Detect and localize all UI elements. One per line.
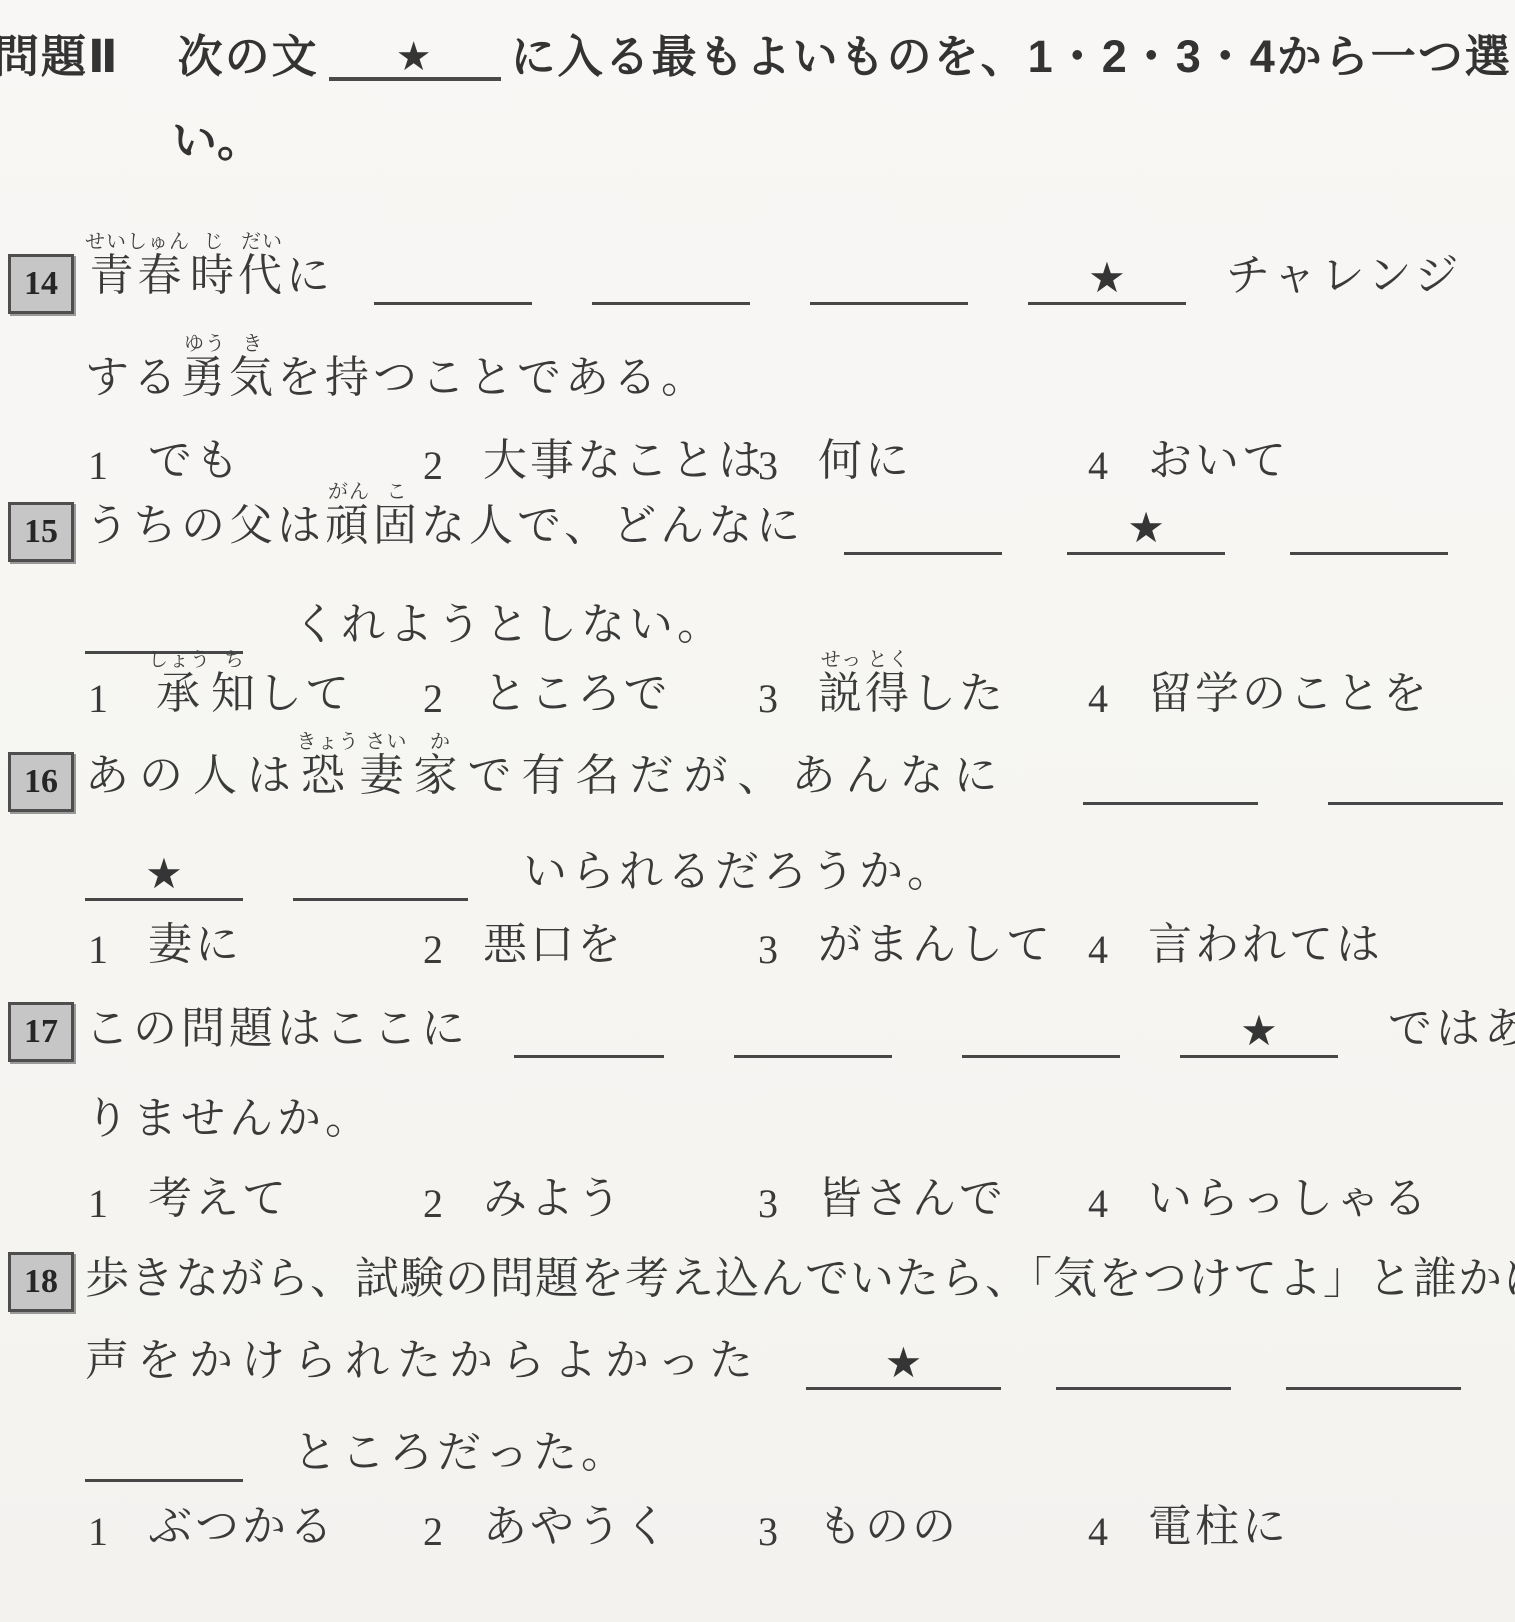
option-number: 2 <box>423 1180 443 1227</box>
scanned-test-page: 問題Ⅱ 次の文 ★ に入る最もよいものを、1・2・3・4から一つ選びなさ い。 … <box>0 0 1515 1622</box>
answer-blank <box>514 1005 664 1058</box>
answer-blank <box>592 252 750 305</box>
answer-blank-star: ★ <box>1028 252 1186 305</box>
option-label: がまんして <box>818 916 1053 973</box>
option-number: 1 <box>88 1508 108 1555</box>
answer-blank <box>85 1429 243 1482</box>
answer-blank <box>844 502 1002 555</box>
header-star-blank: ★ <box>329 29 501 81</box>
answer-blank <box>1290 502 1448 555</box>
question-text: 声をかけられたからよかった <box>85 1332 761 1390</box>
option-number: 2 <box>423 675 443 722</box>
option-item: 2あやうく <box>423 1498 758 1555</box>
option-label: 悪口を <box>483 916 624 973</box>
question-14-line-2: する勇ゆう気きを持つことである。 <box>85 333 709 407</box>
question-text: うちの父は頑がん固こな人で、どんなに <box>85 481 804 555</box>
question-text: する勇ゆう気きを持つことである。 <box>85 333 709 407</box>
question-16-line-2: ★ いられるだろうか。 <box>85 843 955 901</box>
option-number: 4 <box>1088 926 1108 973</box>
option-item: 4電柱に <box>1088 1498 1499 1555</box>
option-label: 説せっ得とくした <box>818 649 1006 722</box>
answer-blank <box>1056 1337 1231 1390</box>
answer-blank-star: ★ <box>1180 1005 1338 1058</box>
question-text: いられるだろうか。 <box>523 843 955 901</box>
option-number: 4 <box>1088 675 1108 722</box>
question-text: ではあ <box>1388 1000 1515 1058</box>
question-18-line-1: 歩きながら、試験の問題を考え込んでいたら、「気をつけてよ」と誰かに <box>85 1250 1515 1308</box>
question-text: 歩きながら、試験の問題を考え込んでいたら、「気をつけてよ」と誰かに <box>85 1250 1515 1308</box>
answer-blank-star: ★ <box>1067 502 1225 555</box>
question-text: りませんか。 <box>85 1090 373 1148</box>
answer-blank-star: ★ <box>85 848 243 901</box>
answer-blank <box>810 252 968 305</box>
option-number: 3 <box>758 1508 778 1555</box>
option-item: 1承しょう知ちして <box>88 649 423 722</box>
question-badge-17: 17 <box>8 1002 74 1062</box>
instruction-pre: 次の文 <box>178 20 319 85</box>
question-15-options: 1承しょう知ちして 2ところで 3説せっ得とくした 4留学のことを <box>88 649 1499 722</box>
option-item: 4言われては <box>1088 916 1499 973</box>
star-icon: ★ <box>885 1343 923 1387</box>
option-number: 3 <box>758 926 778 973</box>
option-item: 3がまんして <box>758 916 1088 973</box>
question-text: チャレンジ <box>1226 247 1462 305</box>
option-number: 1 <box>88 926 108 973</box>
star-icon: ★ <box>396 37 434 77</box>
option-number: 2 <box>423 926 443 973</box>
answer-blank <box>293 848 468 901</box>
option-number: 3 <box>758 1180 778 1227</box>
answer-blank <box>1083 752 1258 805</box>
option-item: 3皆さんで <box>758 1170 1088 1227</box>
option-label: ところで <box>483 665 671 722</box>
question-17-line-1: この問題はここに ★ ではあ <box>85 1000 1515 1058</box>
answer-blank-star: ★ <box>806 1337 1001 1390</box>
option-label: 承しょう知ちして <box>148 649 352 722</box>
option-label: ものの <box>818 1498 959 1555</box>
question-16-options: 1妻に 2悪口を 3がまんして 4言われては <box>88 916 1499 973</box>
answer-blank <box>1328 752 1503 805</box>
option-label: いらっしゃる <box>1148 1170 1430 1227</box>
option-label: あやうく <box>483 1498 671 1555</box>
option-item: 1ぶつかる <box>88 1498 423 1555</box>
option-number: 4 <box>1088 1508 1108 1555</box>
question-14-line-1: 青春せいしゅん時じ代だいに ★ チャレンジ <box>85 231 1462 305</box>
instruction-header: 問題Ⅱ 次の文 ★ に入る最もよいものを、1・2・3・4から一つ選びなさ <box>0 20 1515 85</box>
option-item: 4いらっしゃる <box>1088 1170 1499 1227</box>
option-number: 2 <box>423 1508 443 1555</box>
question-text: 青春せいしゅん時じ代だいに <box>85 231 334 305</box>
star-icon: ★ <box>145 854 183 898</box>
question-text: くれようとしない。 <box>293 596 725 654</box>
star-icon: ★ <box>1088 258 1126 302</box>
star-icon: ★ <box>1127 508 1165 552</box>
question-15-line-2: くれようとしない。 <box>85 596 725 654</box>
option-label: 留学のことを <box>1148 665 1430 722</box>
option-label: みよう <box>483 1170 624 1227</box>
question-text: ところだった。 <box>293 1424 629 1482</box>
option-number: 1 <box>88 1180 108 1227</box>
question-badge-16: 16 <box>8 752 74 812</box>
option-label: ぶつかる <box>148 1498 336 1555</box>
option-number: 4 <box>1088 1180 1108 1227</box>
answer-blank <box>374 252 532 305</box>
option-label: 考えて <box>148 1170 289 1227</box>
problem-label: 問題Ⅱ <box>0 20 120 85</box>
answer-blank <box>85 601 243 654</box>
question-17-options: 1考えて 2みよう 3皆さんで 4いらっしゃる <box>88 1170 1499 1227</box>
option-item: 3ものの <box>758 1498 1088 1555</box>
star-icon: ★ <box>1240 1011 1278 1055</box>
option-item: 2みよう <box>423 1170 758 1227</box>
answer-blank <box>1286 1337 1461 1390</box>
question-18-line-2: 声をかけられたからよかった ★ <box>85 1332 1461 1390</box>
option-item: 3説せっ得とくした <box>758 649 1088 722</box>
option-item: 1妻に <box>88 916 423 973</box>
option-number: 3 <box>758 675 778 722</box>
answer-blank <box>734 1005 892 1058</box>
option-label: 皆さんで <box>818 1170 1006 1227</box>
instruction-post: に入る最もよいものを、1・2・3・4から一つ選びなさ <box>511 20 1515 85</box>
question-badge-14: 14 <box>8 254 74 314</box>
question-badge-15: 15 <box>8 502 74 562</box>
option-label: 電柱に <box>1148 1498 1289 1555</box>
question-15-line-1: うちの父は頑がん固こな人で、どんなに ★ <box>85 481 1448 555</box>
question-badge-18: 18 <box>8 1252 74 1312</box>
answer-blank <box>962 1005 1120 1058</box>
question-text: この問題はここに <box>85 1000 469 1058</box>
option-number: 1 <box>88 675 108 722</box>
question-16-line-1: あの人は恐きょう妻さい家かで有名だが、あんなに <box>85 731 1503 805</box>
question-17-line-2: りませんか。 <box>85 1090 373 1148</box>
option-label: 妻に <box>148 916 242 973</box>
option-label: 言われては <box>1148 916 1383 973</box>
instruction-continuation: い。 <box>172 104 262 169</box>
question-text: あの人は恐きょう妻さい家かで有名だが、あんなに <box>85 731 1008 805</box>
option-item: 2悪口を <box>423 916 758 973</box>
option-item: 4留学のことを <box>1088 649 1499 722</box>
question-18-line-3: ところだった。 <box>85 1424 629 1482</box>
option-item: 2ところで <box>423 649 758 722</box>
option-item: 1考えて <box>88 1170 423 1227</box>
question-18-options: 1ぶつかる 2あやうく 3ものの 4電柱に <box>88 1498 1499 1555</box>
